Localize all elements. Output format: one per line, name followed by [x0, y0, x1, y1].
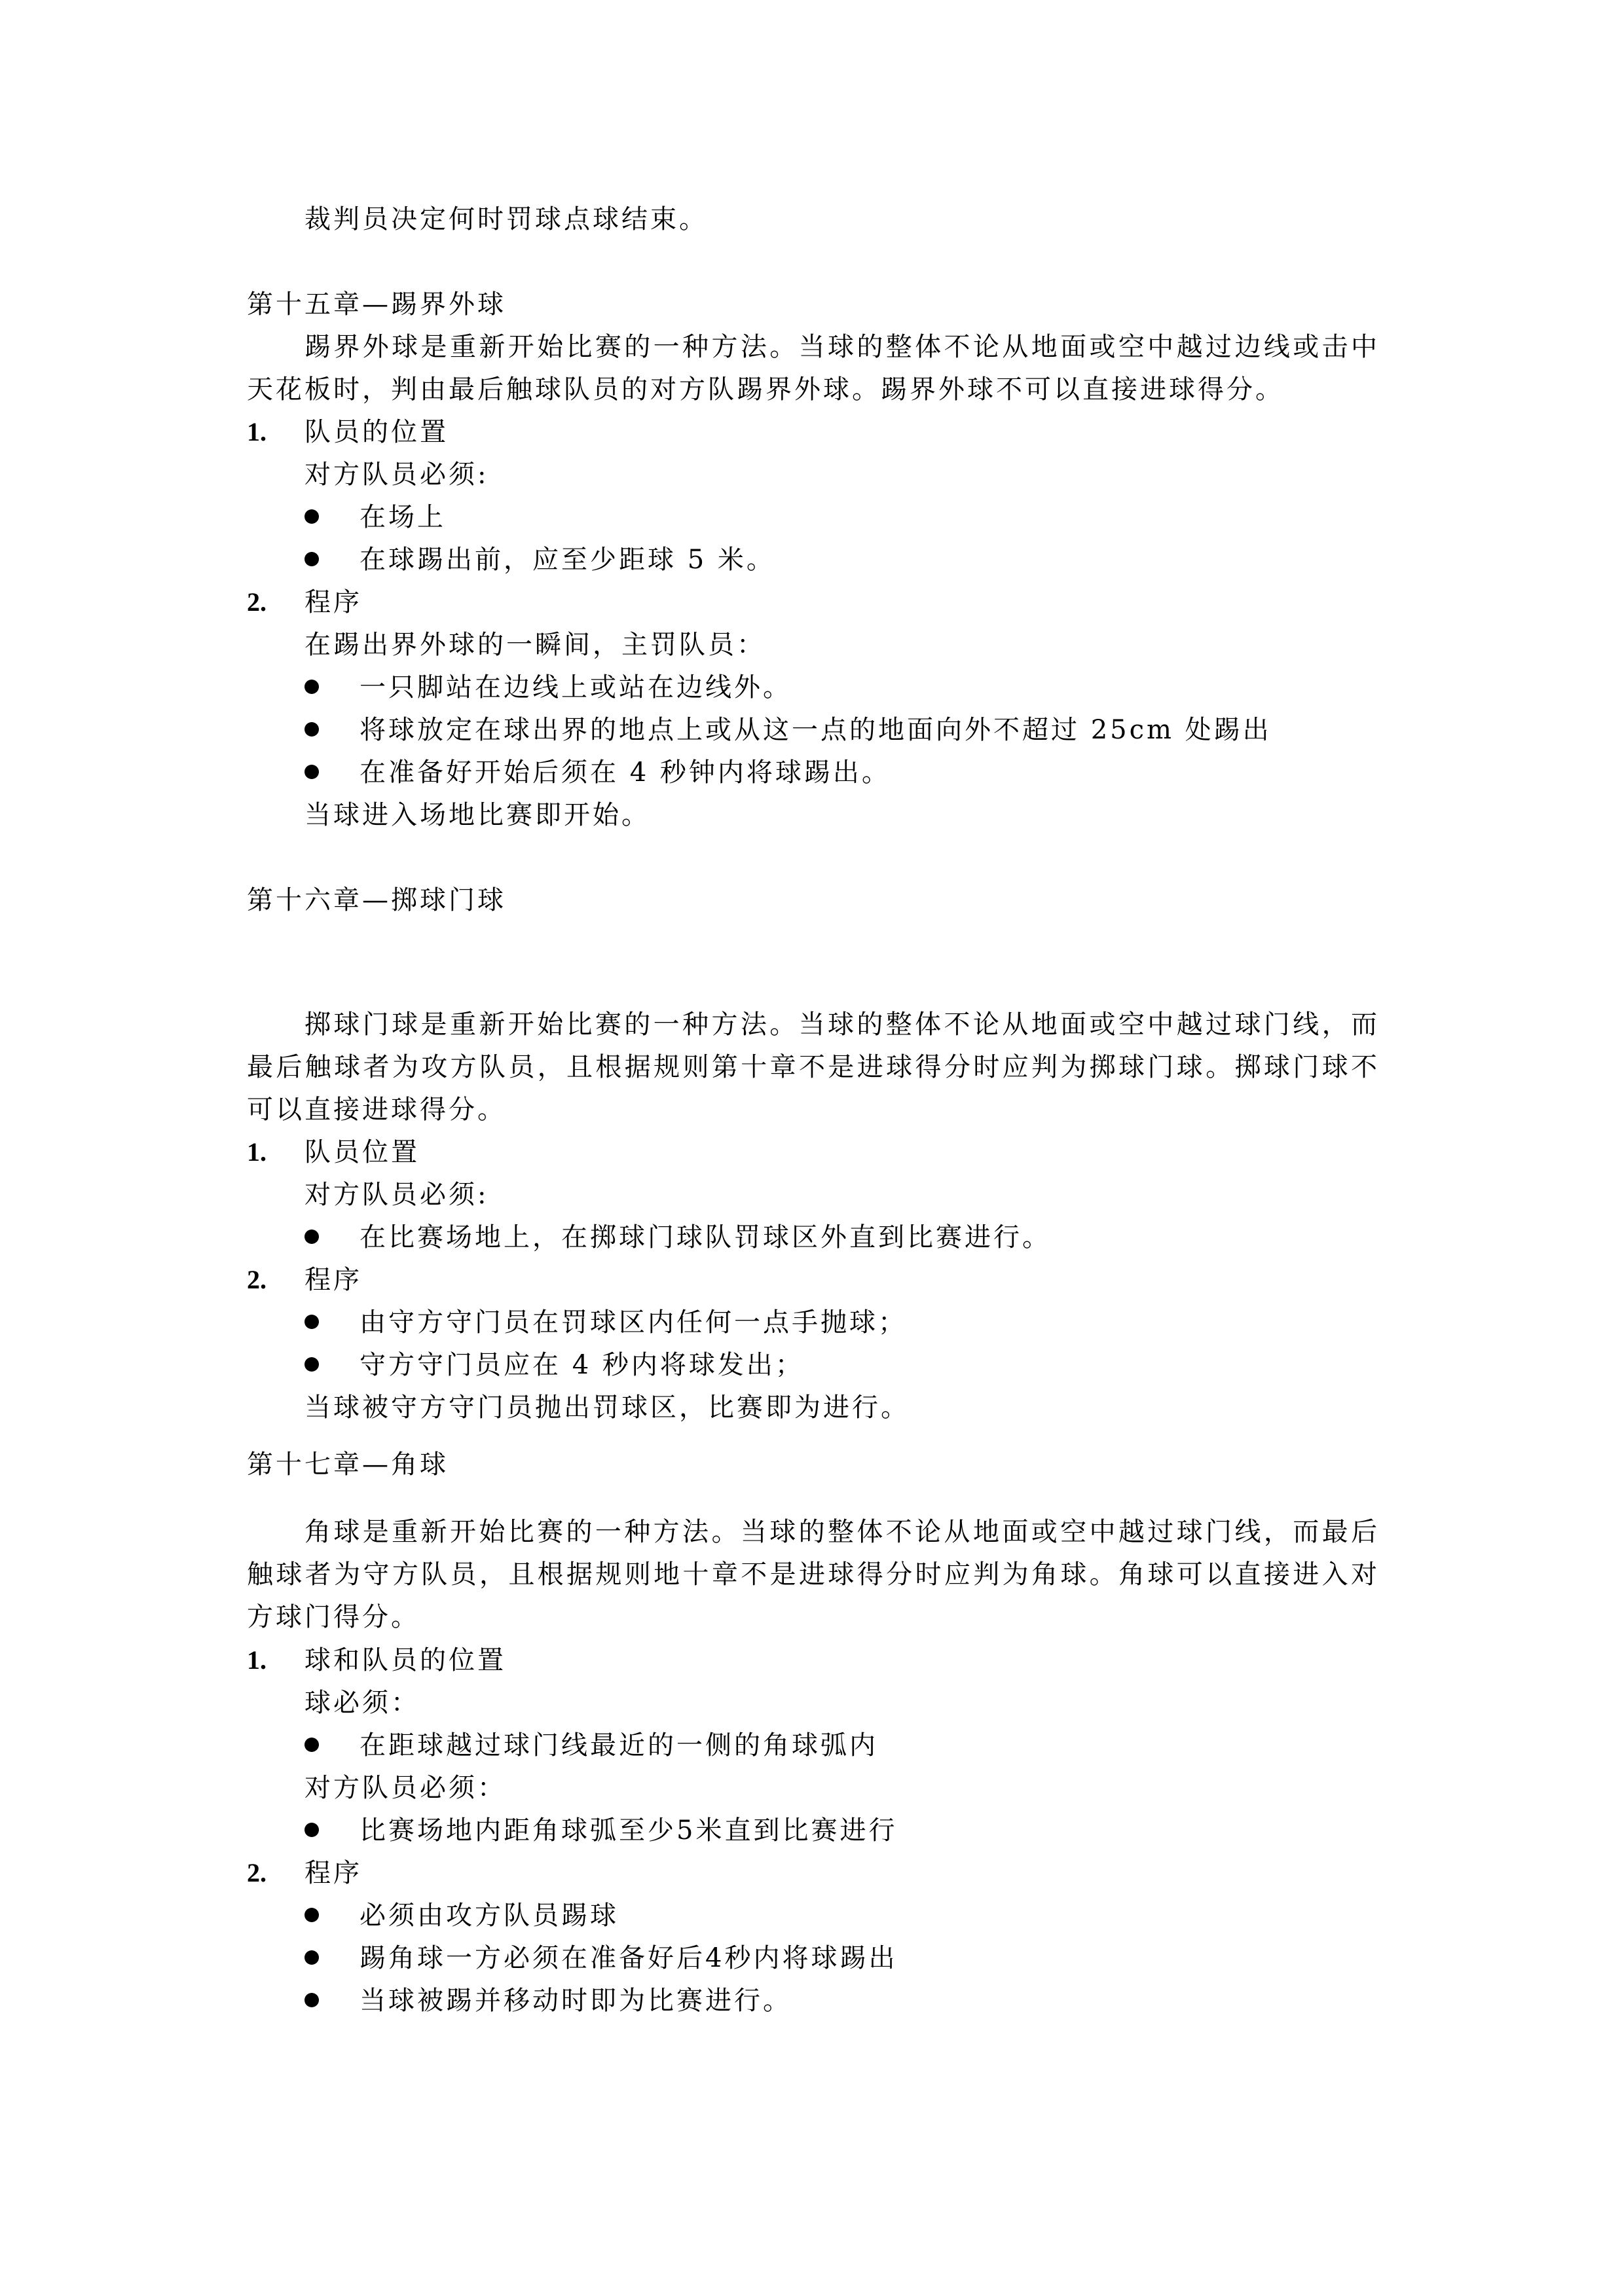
chapter16-title: 第十六章—掷球门球 [247, 884, 506, 916]
section-number: 1. [247, 1645, 304, 1676]
list-item: 踢角球一方必须在准备好后4秒内将球踢出 [304, 1942, 897, 1974]
bullet-icon [304, 1993, 319, 2007]
list-item: 由守方守门员在罚球区内任何一点手抛球； [304, 1307, 907, 1338]
chapter16-section1-intro: 对方队员必须: [304, 1179, 489, 1211]
list-item: 在球踢出前，应至少距球 5 米。 [304, 544, 775, 575]
bullet-icon [304, 552, 319, 566]
bullet-icon [304, 1357, 319, 1372]
chapter15-section2-heading: 2.程序 [247, 587, 362, 618]
chapter16-paragraph: 掷球门球是重新开始比赛的一种方法。当球的整体不论从地面或空中越过球门线，而最后触… [247, 1004, 1380, 1131]
section-number: 2. [247, 587, 304, 618]
bullet-icon [304, 1908, 319, 1922]
list-item: 在场上 [304, 501, 446, 533]
bullet-icon [304, 1823, 319, 1837]
bullet-icon [304, 509, 319, 524]
chapter17-paragraph: 角球是重新开始比赛的一种方法。当球的整体不论从地面或空中越过球门线，而最后触球者… [247, 1511, 1380, 1639]
section-title: 程序 [304, 587, 362, 617]
section-title: 队员的位置 [304, 417, 449, 447]
chapter17-section2-heading: 2.程序 [247, 1857, 362, 1889]
chapter15-section2-intro: 在踢出界外球的一瞬间，主罚队员： [304, 629, 766, 661]
list-item: 在准备好开始后须在 4 秒钟内将球踢出。 [304, 757, 891, 788]
chapter17-section1-heading: 1.球和队员的位置 [247, 1645, 506, 1676]
list-item: 在距球越过球门线最近的一侧的角球弧内 [304, 1730, 878, 1761]
section-title: 球和队员的位置 [304, 1645, 506, 1675]
chapter15-section2-outro: 当球进入场地比赛即开始。 [304, 799, 650, 831]
bullet-icon [304, 765, 319, 779]
section-number: 2. [247, 1264, 304, 1296]
list-item: 必须由攻方队员踢球 [304, 1900, 619, 1931]
bullet-icon [304, 1315, 319, 1329]
bullet-icon [304, 680, 319, 694]
bullet-icon [304, 1950, 319, 1965]
bullet-icon [304, 1738, 319, 1752]
section-number: 1. [247, 1137, 304, 1168]
bullet-icon [304, 722, 319, 737]
section-title: 程序 [304, 1265, 362, 1295]
chapter15-title: 第十五章—踢界外球 [247, 289, 506, 320]
section-title: 队员位置 [304, 1137, 420, 1167]
list-item: 将球放定在球出界的地点上或从这一点的地面向外不超过 25cm 处踢出 [304, 714, 1272, 746]
chapter17-title: 第十七章—角球 [247, 1449, 449, 1480]
list-item: 守方守门员应在 4 秒内将球发出； [304, 1349, 804, 1381]
section-number: 2. [247, 1857, 304, 1889]
chapter15-section1-intro: 对方队员必须: [304, 459, 489, 490]
chapter15-paragraph: 踢界外球是重新开始比赛的一种方法。当球的整体不论从地面或空中越过边线或击中天花板… [247, 326, 1380, 411]
chapter16-section2-outro: 当球被守方守门员抛出罚球区，比赛即为进行。 [304, 1392, 910, 1423]
chapter15-section1-heading: 1.队员的位置 [247, 416, 449, 448]
chapter17-opponents-intro: 对方队员必须： [304, 1772, 506, 1804]
chapter16-section2-heading: 2.程序 [247, 1264, 362, 1296]
list-item: 比赛场地内距角球弧至少5米直到比赛进行 [304, 1815, 897, 1846]
chapter16-section1-heading: 1.队员位置 [247, 1137, 420, 1168]
list-item: 一只脚站在边线上或站在边线外。 [304, 672, 792, 703]
section-title: 程序 [304, 1858, 362, 1888]
intro-line: 裁判员决定何时罚球点球结束。 [304, 204, 708, 235]
list-item: 在比赛场地上，在掷球门球队罚球区外直到比赛进行。 [304, 1222, 1051, 1253]
chapter17-ball-intro: 球必须： [304, 1687, 420, 1719]
bullet-icon [304, 1230, 319, 1244]
section-number: 1. [247, 416, 304, 448]
list-item: 当球被踢并移动时即为比赛进行。 [304, 1985, 792, 2016]
